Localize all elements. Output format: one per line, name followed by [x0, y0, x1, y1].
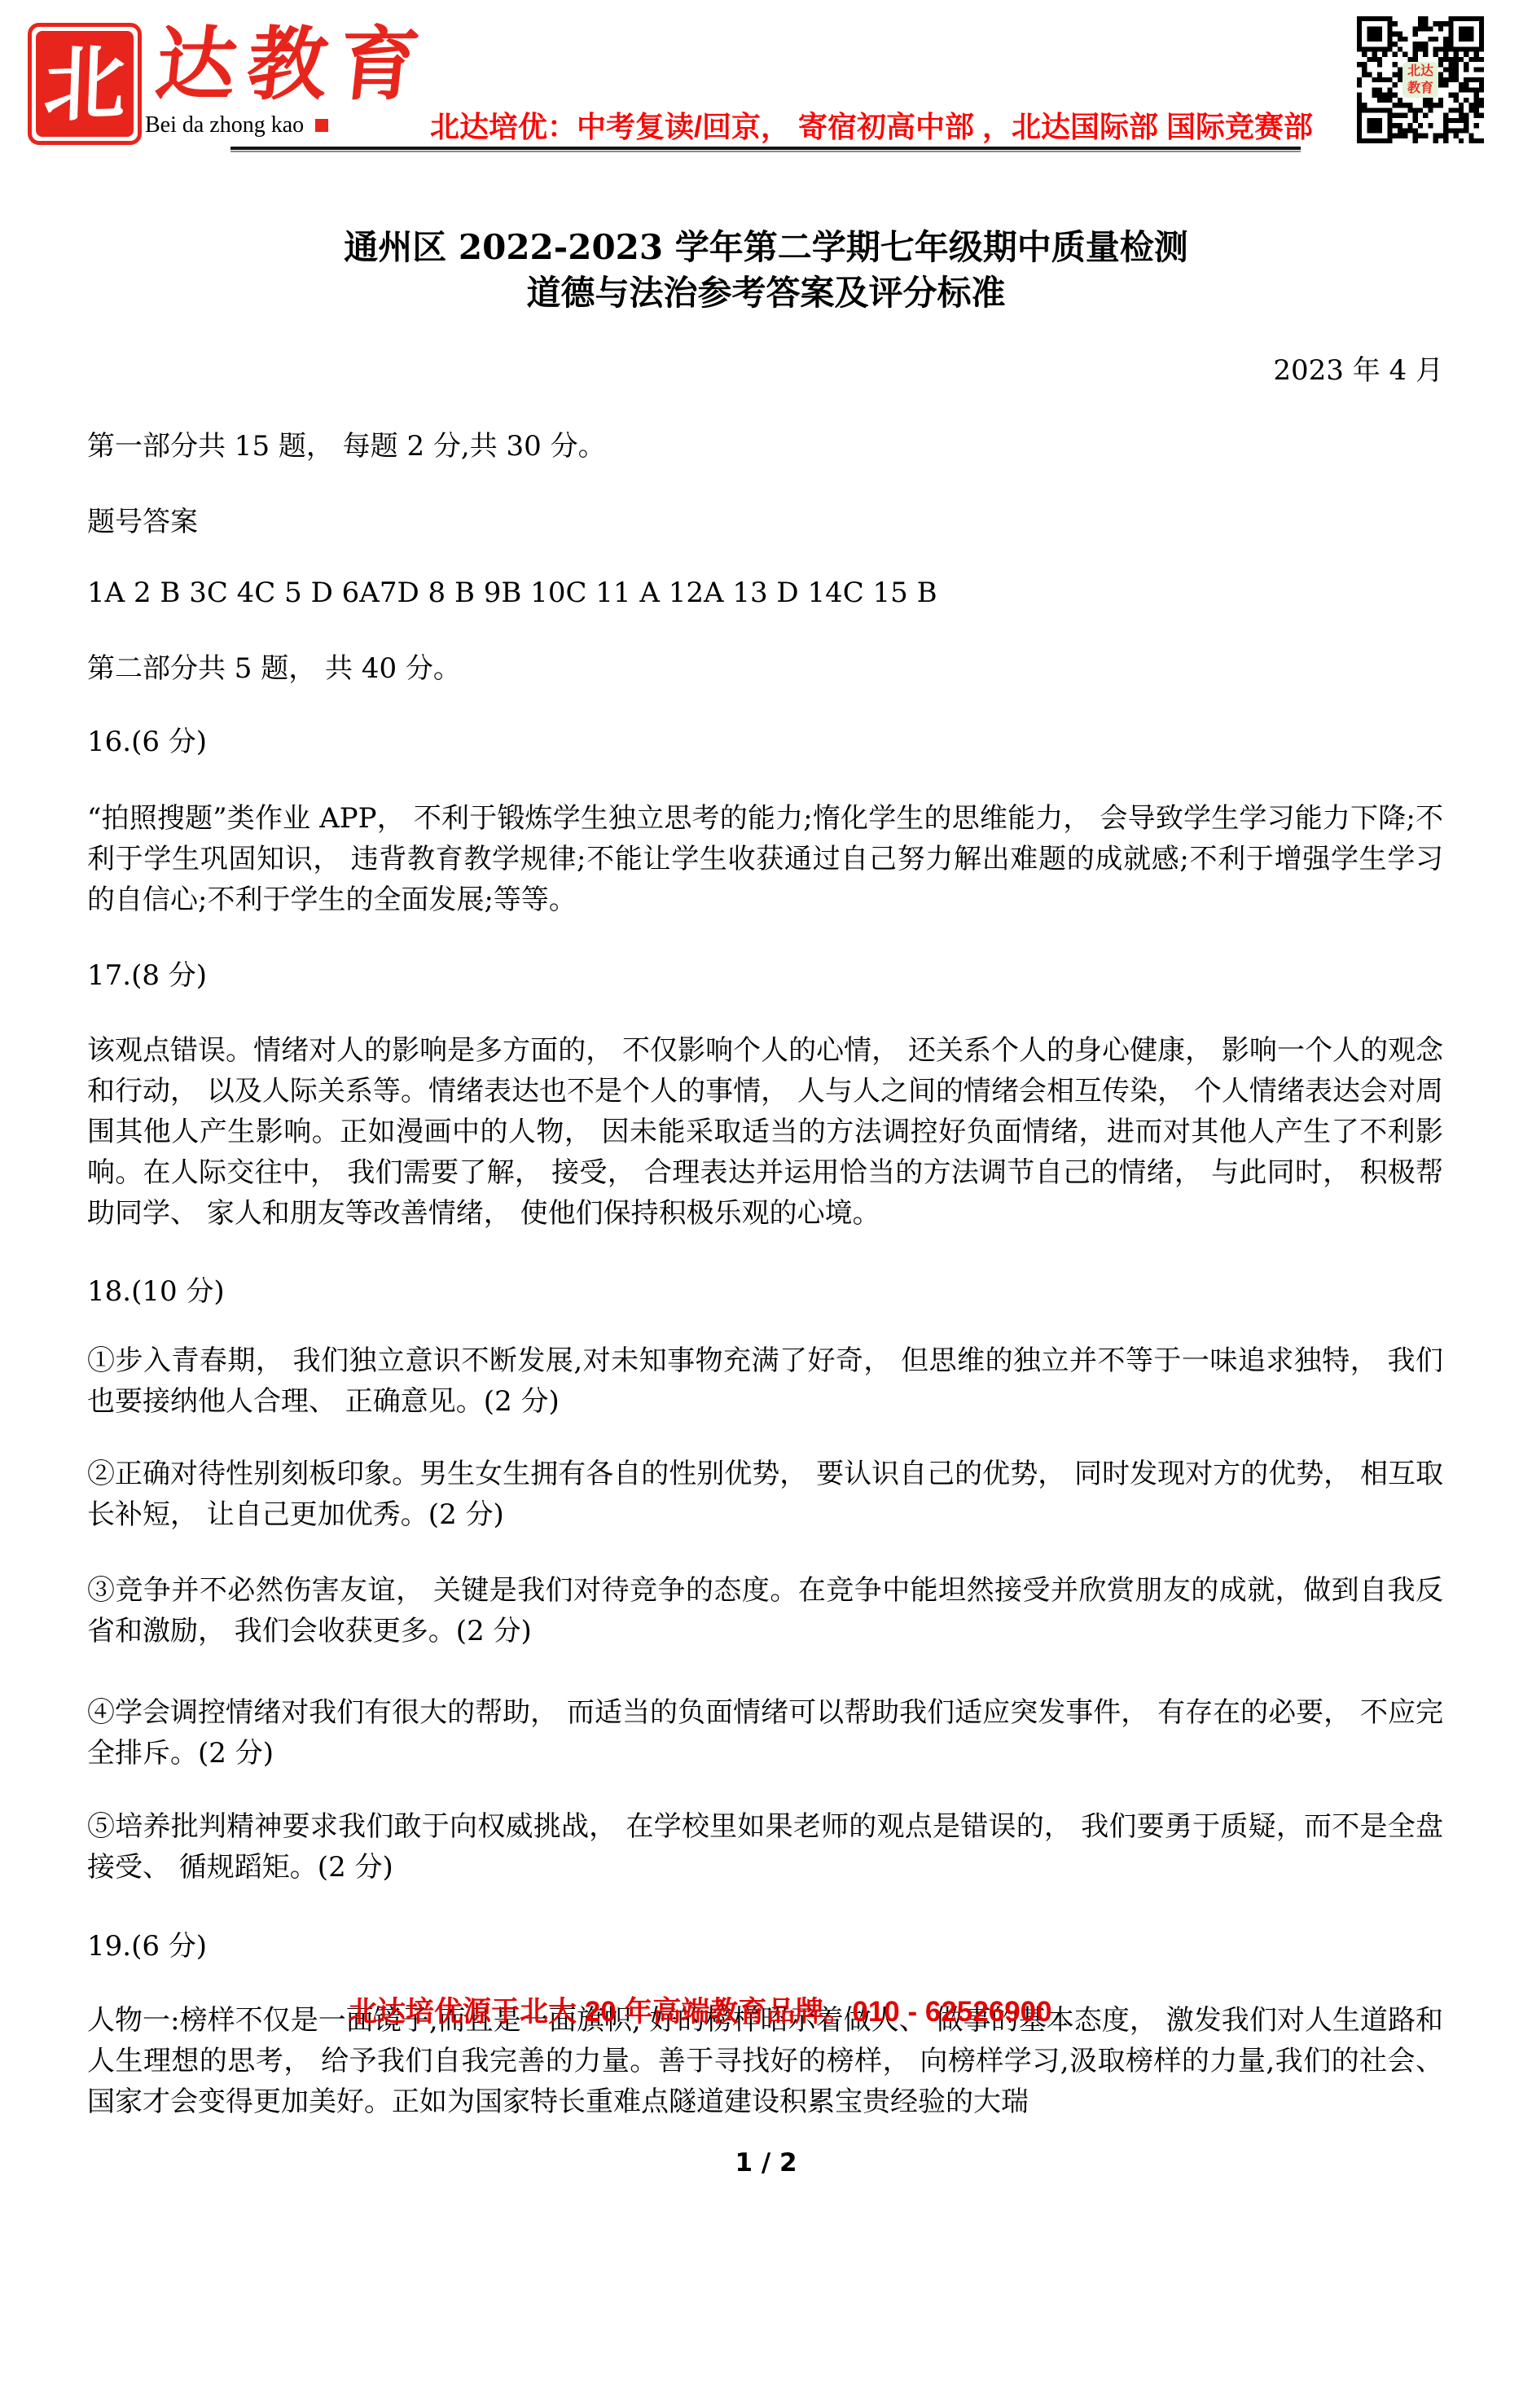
q18-point3: ③竞争并不必然伤害友谊， 关键是我们对待竞争的态度。在竞争中能坦然接受并欣赏朋友…	[87, 1570, 1443, 1651]
brand-subtitle-text: Bei da zhong kao	[145, 112, 304, 138]
part2-header: 第二部分共 5 题， 共 40 分。	[87, 648, 1443, 689]
brand-seal-box: 北	[36, 31, 134, 137]
q18-point4: ④学会调控情绪对我们有很大的帮助， 而适当的负面情绪可以帮助我们适应突发事件， …	[87, 1692, 1443, 1774]
date: 2023 年 4 月	[87, 350, 1443, 391]
qr-center-logo-line1: 北达	[1403, 62, 1438, 79]
brand-subtitle: Bei da zhong kao	[145, 114, 328, 137]
exam-title-line2: 道德与法治参考答案及评分标准	[0, 270, 1532, 316]
q18-heading: 18.(10 分)	[87, 1271, 1443, 1312]
q18-point1: ①步入青春期， 我们独立意识不断发展,对未知事物充满了好奇， 但思维的独立并不等…	[87, 1340, 1443, 1422]
seal-character: 北	[42, 42, 127, 125]
qr-code: 北达 教育	[1357, 16, 1484, 143]
header-slogan: 北达培优：中考复读/回京， 寄宿初高中部 ，北达国际部 国际竞赛部	[430, 112, 1313, 142]
q17-heading: 17.(8 分)	[87, 955, 1443, 996]
brand-name-script: 达教育	[151, 21, 434, 109]
q17-answer: 该观点错误。情绪对人的影响是多方面的， 不仅影响个人的心情， 还关系个人的身心健…	[87, 1030, 1443, 1234]
header-divider	[230, 147, 1301, 152]
qr-center-logo: 北达 教育	[1403, 62, 1438, 98]
q16-answer: “拍照搜题”类作业 APP， 不利于锻炼学生独立思考的能力;惰化学生的思维能力，…	[87, 798, 1443, 920]
promo-watermark: 北达培优源于北大 20 年高端教育品牌。010 - 62526900	[349, 1995, 1052, 2029]
page-number: 1 / 2	[0, 2148, 1532, 2178]
part1-header: 第一部分共 15 题， 每题 2 分,共 30 分。	[87, 426, 1443, 467]
red-square-icon	[315, 119, 328, 132]
q16-heading: 16.(6 分)	[87, 722, 1443, 762]
exam-title: 通州区 2022-2023 学年第二学期七年级期中质量检测 道德与法治参考答案及…	[0, 225, 1532, 316]
q19-heading: 19.(6 分)	[87, 1926, 1443, 1967]
document-page: 北 达教育 Bei da zhong kao 北达培优：中考复读/回京， 寄宿初…	[0, 0, 1532, 2408]
mc-answer-line: 1A 2 B 3C 4C 5 D 6A7D 8 B 9B 10C 11 A 12…	[87, 572, 1443, 613]
answer-row-label: 题号答案	[87, 502, 1443, 542]
q18-point2: ②正确对待性别刻板印象。男生女生拥有各自的性别优势， 要认识自己的优势， 同时发…	[87, 1454, 1443, 1535]
exam-title-line1: 通州区 2022-2023 学年第二学期七年级期中质量检测	[0, 225, 1532, 270]
qr-center-logo-line2: 教育	[1403, 79, 1438, 96]
q18-point5: ⑤培养批判精神要求我们敢于向权威挑战， 在学校里如果老师的观点是错误的， 我们要…	[87, 1806, 1443, 1888]
brand-seal: 北	[28, 23, 142, 145]
